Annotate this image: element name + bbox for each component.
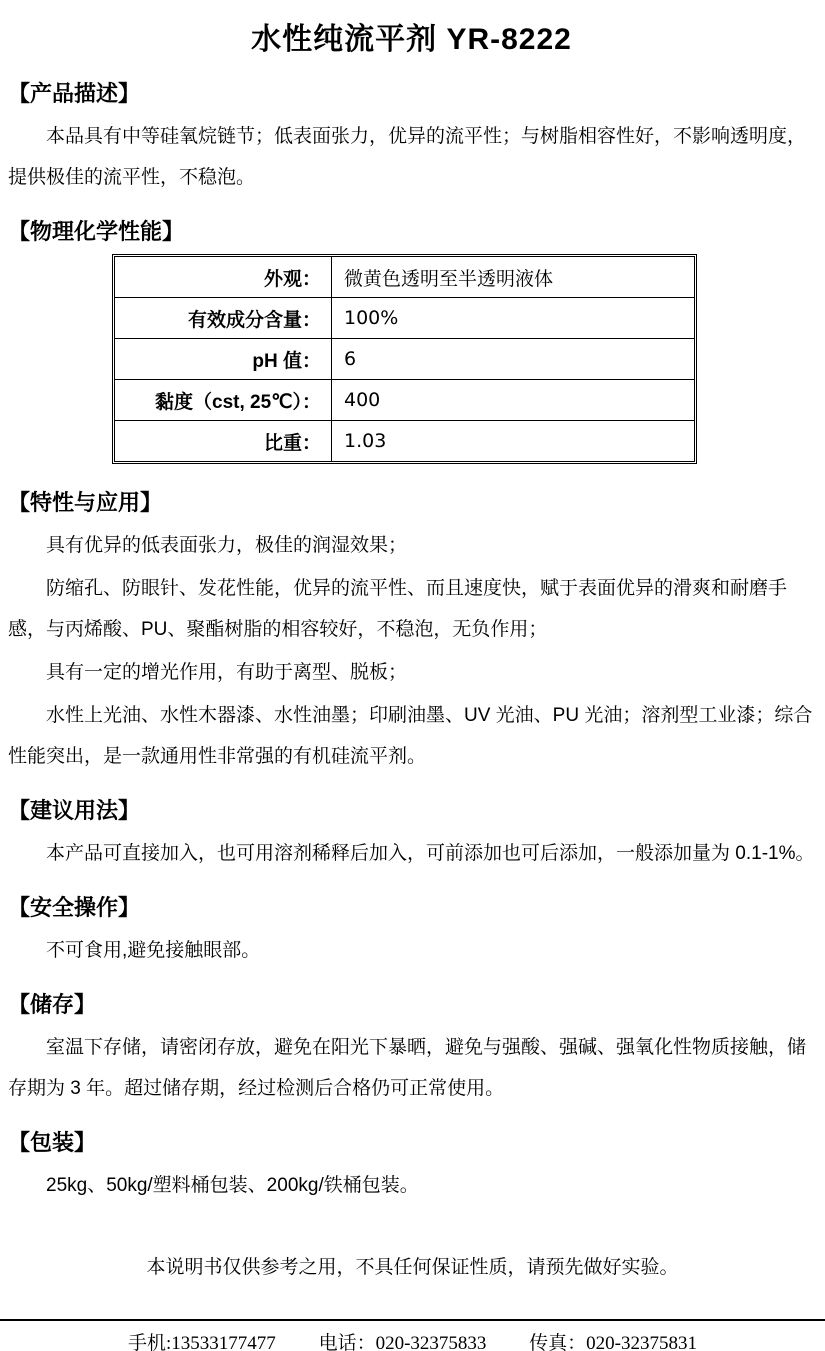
section-heading-features: 【特性与应用】 <box>8 489 815 517</box>
features-text: 水性上光油、水性木器漆、水性油墨；印刷油墨、UV 光油、PU 光油；溶剂型工业漆… <box>8 695 815 777</box>
table-row: 比重： 1.03 <box>115 421 695 462</box>
safety-body: 不可食用,避免接触眼部。 <box>8 930 815 971</box>
property-value: 400 <box>332 380 695 421</box>
features-text: 具有优异的低表面张力，极佳的润湿效果； <box>8 525 815 566</box>
footer-contact-bar: 手机:13533177477 电话：020-32375833 传真：020-32… <box>0 1319 825 1351</box>
footer-phone: 电话：020-32375833 <box>319 1333 487 1351</box>
table-row: 有效成分含量： 100% <box>115 298 695 339</box>
property-label: 黏度（cst, 25℃）： <box>115 380 332 421</box>
storage-body: 室温下存储，请密闭存放，避免在阳光下暴晒，避免与强酸、强碱、强氧化性物质接触，储… <box>8 1027 815 1109</box>
section-heading-safety: 【安全操作】 <box>8 894 815 922</box>
usage-text: 本产品可直接加入，也可用溶剂稀释后加入，可前添加也可后添加，一般添加量为 0.1… <box>8 833 815 874</box>
property-label: pH 值： <box>115 339 332 380</box>
document-content: 水性纯流平剂 YR-8222 【产品描述】 本品具有中等硅氧烷链节；低表面张力，… <box>0 0 825 1206</box>
features-text: 具有一定的增光作用，有助于离型、脱板； <box>8 652 815 693</box>
properties-table-wrapper: 外观： 微黄色透明至半透明液体 有效成分含量： 100% pH 值： 6 黏 <box>112 254 815 469</box>
property-value: 微黄色透明至半透明液体 <box>332 257 695 298</box>
section-heading-storage: 【储存】 <box>8 991 815 1019</box>
description-text: 本品具有中等硅氧烷链节；低表面张力，优异的流平性；与树脂相容性好，不影响透明度，… <box>8 116 815 198</box>
features-text: 防缩孔、防眼针、发花性能，优异的流平性、而且速度快，赋于表面优异的滑爽和耐磨手感… <box>8 568 815 650</box>
property-value: 6 <box>332 339 695 380</box>
features-body: 具有优异的低表面张力，极佳的润湿效果； 防缩孔、防眼针、发花性能，优异的流平性、… <box>8 525 815 777</box>
datasheet-page: 水性纯流平剂 YR-8222 【产品描述】 本品具有中等硅氧烷链节；低表面张力，… <box>0 0 825 1351</box>
storage-text: 室温下存储，请密闭存放，避免在阳光下暴晒，避免与强酸、强碱、强氧化性物质接触，储… <box>8 1027 815 1109</box>
section-heading-description: 【产品描述】 <box>8 80 815 108</box>
packaging-body: 25kg、50kg/塑料桶包装、200kg/铁桶包装。 <box>8 1165 815 1206</box>
table-row: 黏度（cst, 25℃）： 400 <box>115 380 695 421</box>
properties-table: 外观： 微黄色透明至半透明液体 有效成分含量： 100% pH 值： 6 黏 <box>114 256 695 462</box>
table-row: pH 值： 6 <box>115 339 695 380</box>
property-label: 有效成分含量： <box>115 298 332 339</box>
page-title: 水性纯流平剂 YR-8222 <box>8 14 815 58</box>
safety-text: 不可食用,避免接触眼部。 <box>8 930 815 971</box>
section-heading-usage: 【建议用法】 <box>8 797 815 825</box>
footer-mobile: 手机:13533177477 <box>128 1333 276 1351</box>
property-label: 比重： <box>115 421 332 462</box>
property-value: 1.03 <box>332 421 695 462</box>
disclaimer-text: 本说明书仅供参考之用，不具任何保证性质，请预先做好实验。 <box>0 1252 825 1279</box>
section-heading-properties: 【物理化学性能】 <box>8 218 815 246</box>
property-value: 100% <box>332 298 695 339</box>
usage-body: 本产品可直接加入，也可用溶剂稀释后加入，可前添加也可后添加，一般添加量为 0.1… <box>8 833 815 874</box>
table-row: 外观： 微黄色透明至半透明液体 <box>115 257 695 298</box>
property-label: 外观： <box>115 257 332 298</box>
section-heading-packaging: 【包装】 <box>8 1129 815 1157</box>
description-body: 本品具有中等硅氧烷链节；低表面张力，优异的流平性；与树脂相容性好，不影响透明度，… <box>8 116 815 198</box>
packaging-text: 25kg、50kg/塑料桶包装、200kg/铁桶包装。 <box>8 1165 815 1206</box>
properties-table-border: 外观： 微黄色透明至半透明液体 有效成分含量： 100% pH 值： 6 黏 <box>112 254 697 464</box>
footer-fax: 传真：020-32375831 <box>529 1333 697 1351</box>
